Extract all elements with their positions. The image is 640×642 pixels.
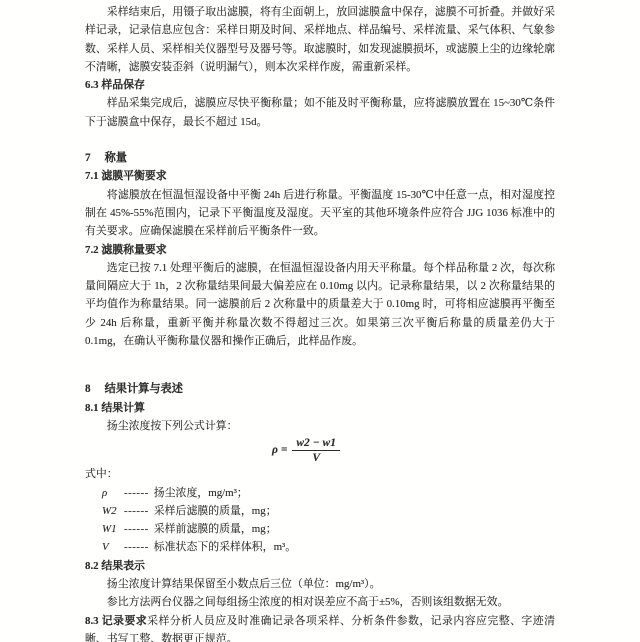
definition-symbol: W2 — [102, 502, 122, 520]
page-content: 采样结束后，用镊子取出滤膜，将有尘面朝上，放回滤膜盒中保存，滤膜不可折叠。并做好… — [85, 3, 555, 642]
definition-v: V------标准状态下的采样体积，m³。 — [85, 538, 555, 556]
definition-dash: ------ — [124, 487, 149, 499]
section-8-2-heading: 8.2 结果表示 — [85, 557, 555, 575]
chapter-8-heading: 8结果计算与表述 — [85, 380, 555, 398]
definition-dash: ------ — [124, 523, 149, 535]
definition-symbol: W1 — [102, 520, 122, 538]
formula-numerator: w2 − w1 — [292, 437, 340, 451]
formula-denominator: V — [292, 451, 340, 464]
section-7-2-paragraph: 选定已按 7.1 处理平衡后的滤膜，在恒温恒湿设备内用天平称量。每个样品称量 2… — [85, 259, 555, 350]
section-8-3-heading: 8.3 记录要求 — [85, 615, 147, 627]
section-8-2-paragraph-1: 扬尘浓度计算结果保留至小数点后三位（单位：mg/m³）。 — [85, 575, 555, 593]
definition-symbol: V — [102, 538, 122, 556]
where-label: 式中： — [85, 465, 555, 483]
intro-paragraph: 采样结束后，用镊子取出滤膜，将有尘面朝上，放回滤膜盒中保存，滤膜不可折叠。并做好… — [85, 3, 555, 76]
section-6-3-paragraph: 样品采集完成后，滤膜应尽快平衡称量；如不能及时平衡称量，应将滤膜放置在 15~3… — [85, 94, 555, 131]
chapter-7-heading: 7称量 — [85, 149, 555, 167]
formula-fraction: w2 − w1 V — [292, 437, 340, 464]
dust-concentration-formula: ρ = w2 − w1 V — [71, 435, 541, 465]
formula-lhs: ρ = — [272, 444, 287, 456]
section-8-1-heading: 8.1 结果计算 — [85, 399, 555, 417]
definition-dash: ------ — [124, 541, 149, 553]
formula-lead-text: 扬尘浓度按下列公式计算： — [85, 417, 555, 435]
definition-text: 采样前滤膜的质量，mg； — [154, 523, 277, 535]
chapter-8-title: 结果计算与表述 — [105, 383, 183, 395]
section-8-3-text: 采样分析人员应及时准确记录各项采样、分析条件参数，记录内容应完整、字迹清晰、书写… — [85, 615, 555, 642]
section-7-1-heading: 7.1 滤膜平衡要求 — [85, 167, 555, 185]
section-7-1-paragraph: 将滤膜放在恒温恒湿设备中平衡 24h 后进行称量。平衡温度 15-30℃中任意一… — [85, 186, 555, 241]
definition-text: 扬尘浓度，mg/m³； — [154, 487, 248, 499]
definition-w1: W1------采样前滤膜的质量，mg； — [85, 520, 555, 538]
definition-symbol: ρ — [102, 484, 122, 502]
definition-dash: ------ — [124, 505, 149, 517]
section-6-3-heading: 6.3 样品保存 — [85, 76, 555, 94]
chapter-8-number: 8 — [85, 383, 91, 395]
chapter-7-number: 7 — [85, 152, 91, 164]
chapter-7-title: 称量 — [105, 152, 127, 164]
definition-text: 采样后滤膜的质量，mg； — [154, 505, 277, 517]
section-7-2-heading: 7.2 滤膜称量要求 — [85, 241, 555, 259]
definition-text: 标准状态下的采样体积，m³。 — [154, 541, 296, 553]
document-page: 采样结束后，用镊子取出滤膜，将有尘面朝上，放回滤膜盒中保存，滤膜不可折叠。并做好… — [0, 0, 640, 642]
definition-rho: ρ------扬尘浓度，mg/m³； — [85, 484, 555, 502]
section-8-2-paragraph-2: 参比方法两台仪器之间每组扬尘浓度的相对误差应不高于±5%，否则该组数据无效。 — [85, 593, 555, 611]
section-8-3-paragraph: 8.3 记录要求采样分析人员应及时准确记录各项采样、分析条件参数，记录内容应完整… — [85, 612, 555, 642]
definition-w2: W2------采样后滤膜的质量，mg； — [85, 502, 555, 520]
